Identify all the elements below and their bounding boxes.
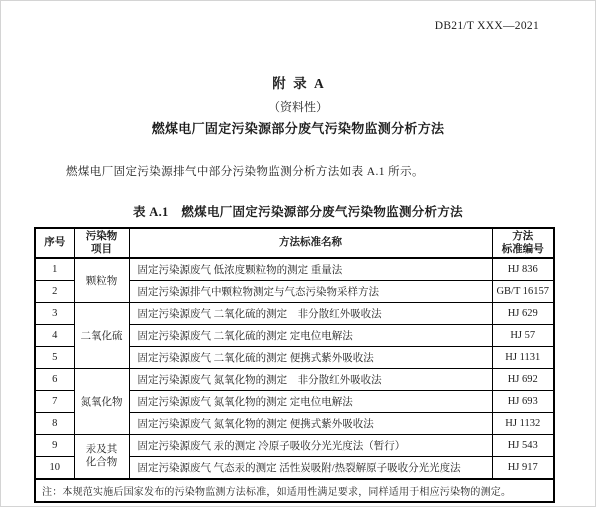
cell-pollutant-text: 汞及其化合物 <box>85 444 119 469</box>
cell-method: 固定污染源废气 二氧化硫的测定 定电位电解法 <box>129 325 492 347</box>
cell-pollutant: 颗粒物 <box>74 258 129 303</box>
cell-no: 6 <box>35 369 74 391</box>
header-code-line1: 方法 <box>493 230 554 243</box>
appendix-heading: 燃煤电厂固定污染源部分废气污染物监测分析方法 <box>1 118 595 137</box>
cell-pollutant: 氮氧化物 <box>74 369 129 435</box>
table-caption: 表 A.1 燃煤电厂固定污染源部分废气污染物监测分析方法 <box>1 202 595 220</box>
cell-method: 固定污染源废气 氮氧化物的测定 定电位电解法 <box>129 391 492 413</box>
header-no: 序号 <box>35 228 74 258</box>
cell-no: 8 <box>35 413 74 435</box>
cell-method: 固定污染源废气 低浓度颗粒物的测定 重量法 <box>129 258 492 281</box>
cell-code: HJ 629 <box>492 303 554 325</box>
cell-code: HJ 1132 <box>492 413 554 435</box>
cell-no: 1 <box>35 258 74 281</box>
cell-code: HJ 836 <box>492 258 554 281</box>
cell-code: HJ 543 <box>492 435 554 457</box>
cell-method: 固定污染源排气中颗粒物测定与气态污染物采样方法 <box>129 281 492 303</box>
header-method: 方法标准名称 <box>129 228 492 258</box>
cell-no: 4 <box>35 325 74 347</box>
cell-pollutant: 二氧化硫 <box>74 303 129 369</box>
table-row: 1 颗粒物 固定污染源废气 低浓度颗粒物的测定 重量法 HJ 836 <box>35 258 554 281</box>
header-row: 序号 污染物 项目 方法标准名称 方法 标准编号 <box>35 228 554 258</box>
doc-number: DB21/T XXX—2021 <box>435 20 539 32</box>
table-row: 9 汞及其化合物 固定污染源废气 汞的测定 冷原子吸收分光光度法（暂行） HJ … <box>35 435 554 457</box>
header-pollutant: 污染物 项目 <box>74 228 129 258</box>
cell-code: HJ 693 <box>492 391 554 413</box>
cell-code: HJ 57 <box>492 325 554 347</box>
cell-code: HJ 917 <box>492 457 554 480</box>
header-pollutant-line1: 污染物 <box>75 230 129 243</box>
cell-no: 10 <box>35 457 74 480</box>
table-note: 注：本规范实施后国家发布的污染物监测方法标准，如适用性满足要求，同样适用于相应污… <box>35 479 554 502</box>
cell-code: HJ 692 <box>492 369 554 391</box>
intro-paragraph: 燃煤电厂固定污染源排气中部分污染物监测分析方法如表 A.1 所示。 <box>43 163 553 179</box>
appendix-title: 附 录 A <box>1 72 595 92</box>
cell-code: GB/T 16157 <box>492 281 554 303</box>
cell-no: 5 <box>35 347 74 369</box>
cell-method: 固定污染源废气 氮氧化物的测定 非分散红外吸收法 <box>129 369 492 391</box>
cell-pollutant: 汞及其化合物 <box>74 435 129 480</box>
cell-method: 固定污染源废气 气态汞的测定 活性炭吸附/热裂解原子吸收分光光度法 <box>129 457 492 480</box>
header-code: 方法 标准编号 <box>492 228 554 258</box>
cell-no: 9 <box>35 435 74 457</box>
cell-method: 固定污染源废气 汞的测定 冷原子吸收分光光度法（暂行） <box>129 435 492 457</box>
note-row: 注：本规范实施后国家发布的污染物监测方法标准，如适用性满足要求，同样适用于相应污… <box>35 479 554 502</box>
cell-method: 固定污染源废气 二氧化硫的测定 便携式紫外吸收法 <box>129 347 492 369</box>
header-code-line2: 标准编号 <box>493 243 554 256</box>
cell-code: HJ 1131 <box>492 347 554 369</box>
document-page: DB21/T XXX—2021 附 录 A （资料性） 燃煤电厂固定污染源部分废… <box>0 0 596 507</box>
cell-no: 3 <box>35 303 74 325</box>
table-row: 6 氮氧化物 固定污染源废气 氮氧化物的测定 非分散红外吸收法 HJ 692 <box>35 369 554 391</box>
cell-method: 固定污染源废气 氮氧化物的测定 便携式紫外吸收法 <box>129 413 492 435</box>
methods-table: 序号 污染物 项目 方法标准名称 方法 标准编号 1 颗粒物 固定污染源废气 低… <box>34 227 555 503</box>
cell-no: 2 <box>35 281 74 303</box>
table-row: 3 二氧化硫 固定污染源废气 二氧化硫的测定 非分散红外吸收法 HJ 629 <box>35 303 554 325</box>
appendix-kind: （资料性） <box>1 98 595 115</box>
cell-method: 固定污染源废气 二氧化硫的测定 非分散红外吸收法 <box>129 303 492 325</box>
header-pollutant-line2: 项目 <box>75 243 129 256</box>
cell-no: 7 <box>35 391 74 413</box>
